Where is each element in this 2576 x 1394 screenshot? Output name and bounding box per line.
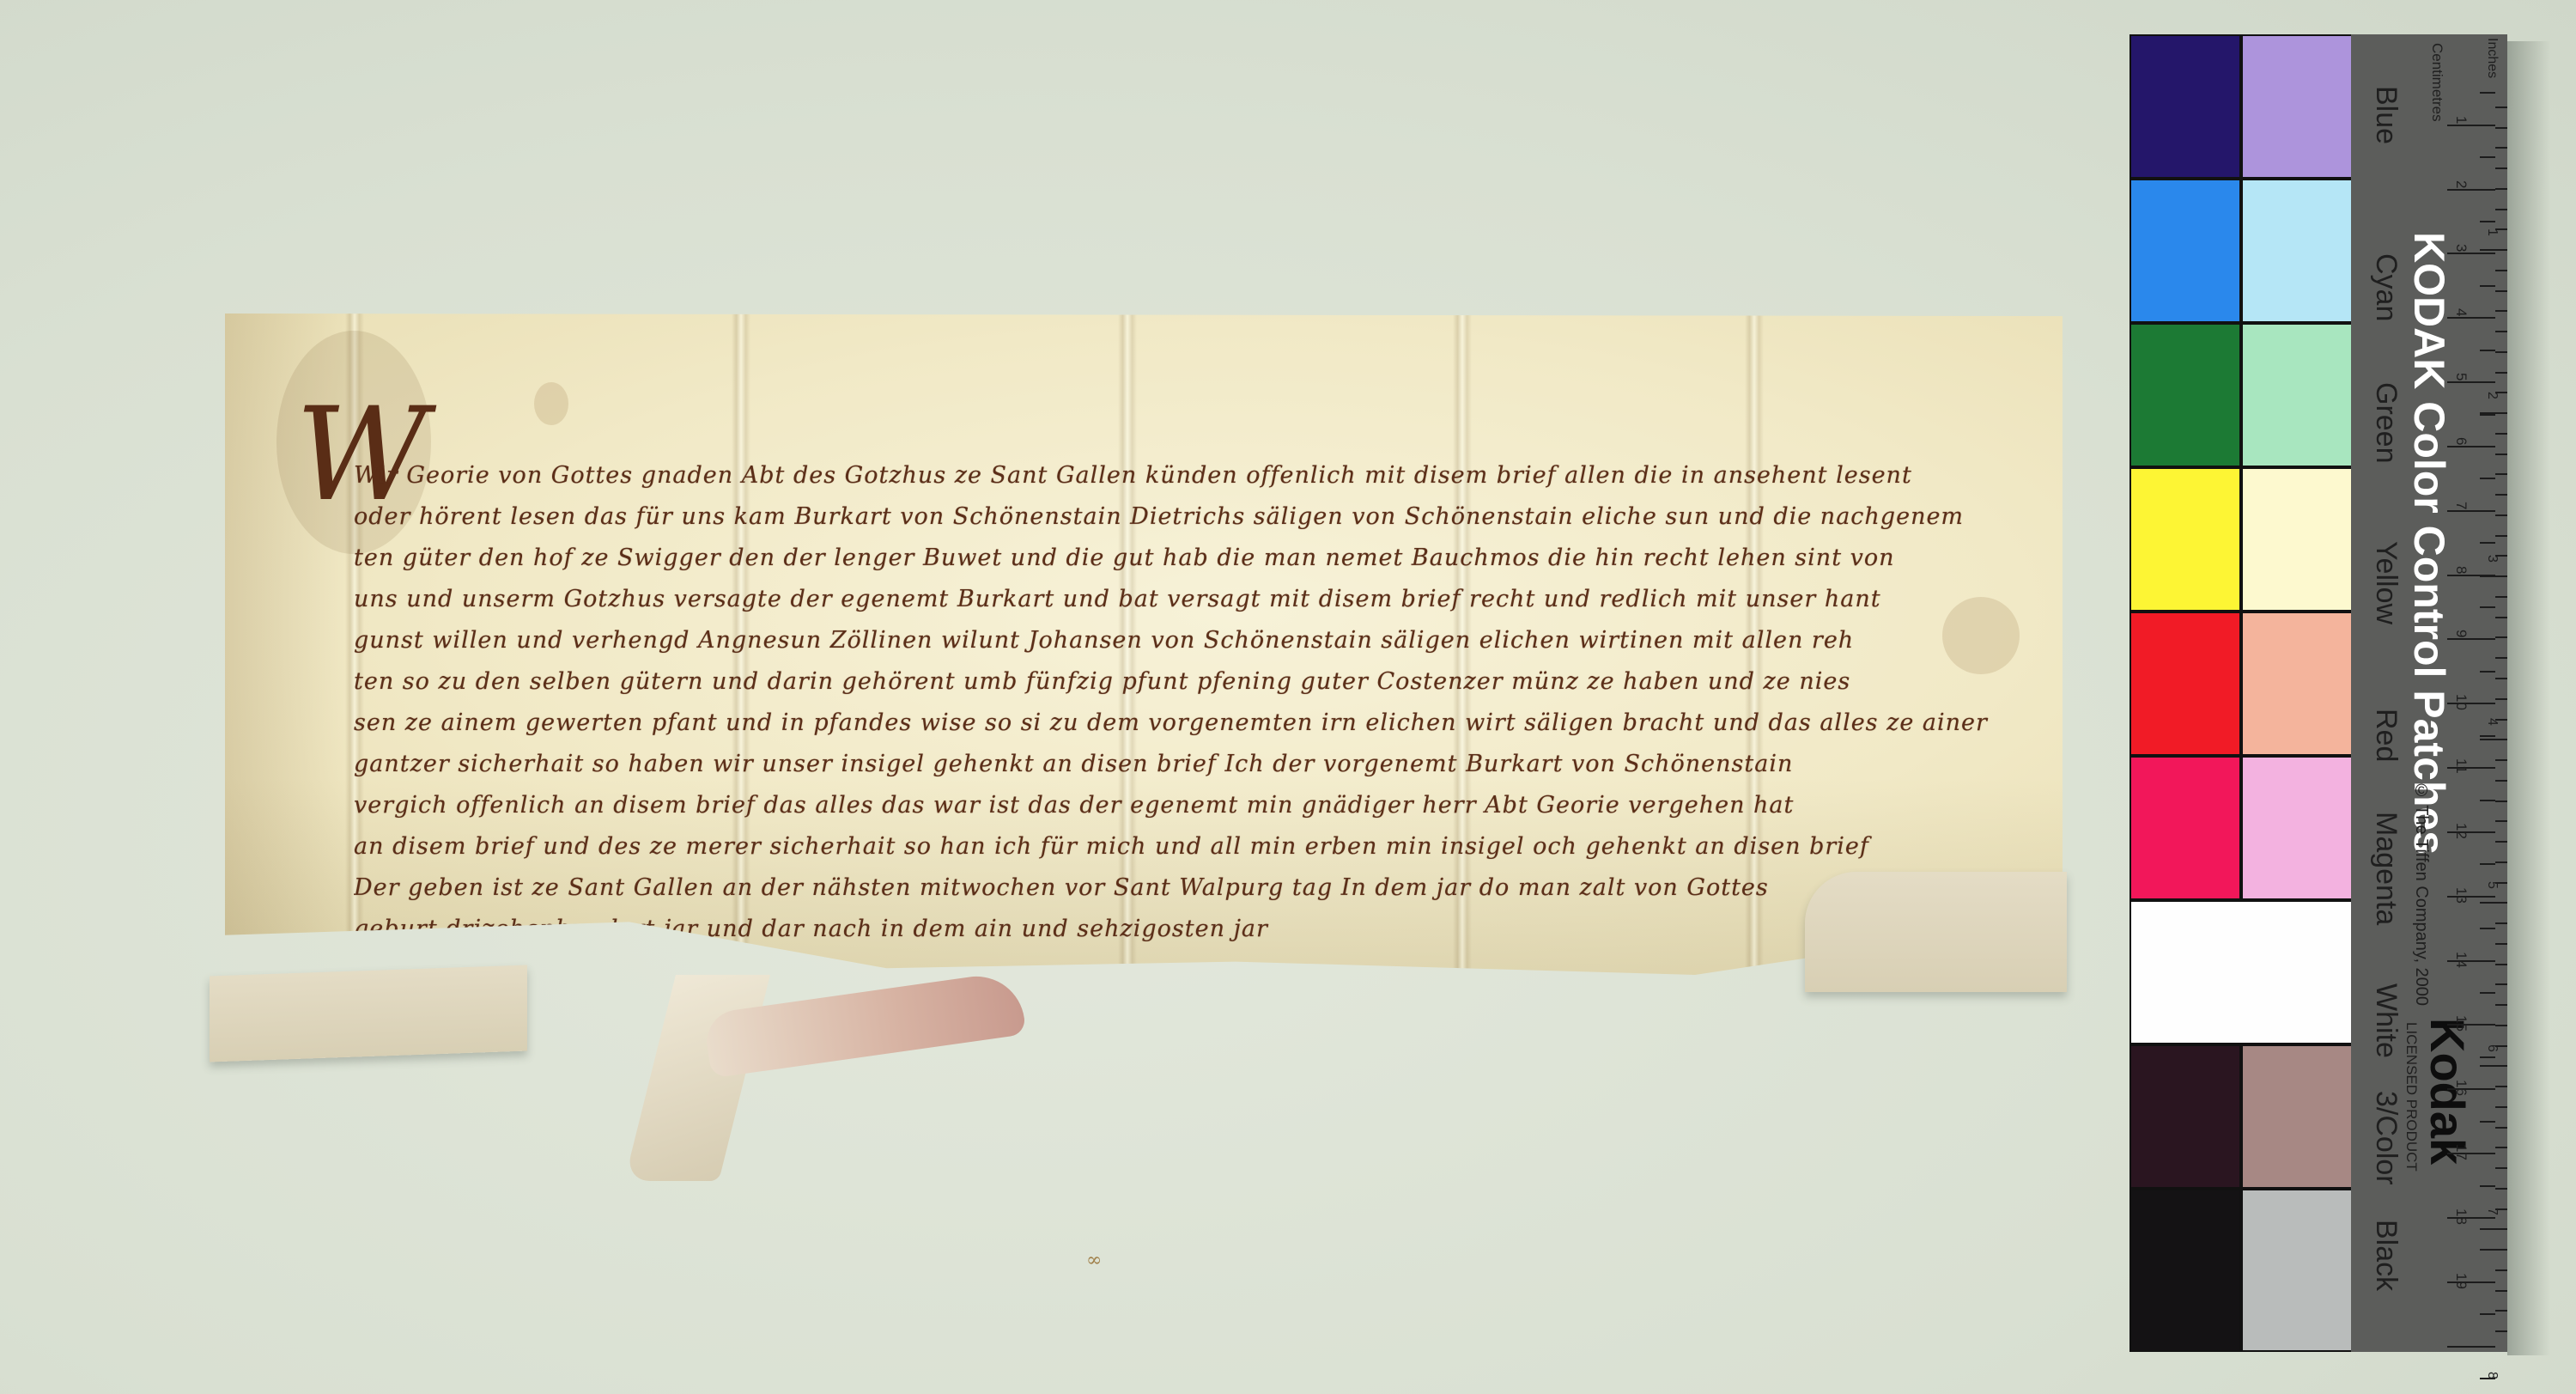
plica-fold-left (210, 965, 527, 1062)
cm-tick (2480, 1249, 2495, 1251)
chart-title: KODAK Color Control Patches (2404, 232, 2454, 855)
text-line: Wir Georie von Gottes gnaden Abt des Got… (354, 455, 2011, 496)
archive-mark: ∞ (1086, 1250, 1102, 1271)
inch-tick (2495, 1269, 2507, 1271)
text-line: ten güter den hof ze Swigger den der len… (354, 538, 2011, 579)
text-line: gunst willen und verhengd Angnesun Zölli… (354, 620, 2011, 661)
charter-text: Wir Georie von Gottes gnaden Abt des Got… (354, 455, 2011, 950)
text-line: Der geben ist ze Sant Gallen an der nähs… (354, 867, 2011, 909)
patch-label: Magenta (2351, 812, 2403, 925)
inch-tick (2495, 372, 2507, 374)
cm-tick (2480, 478, 2495, 479)
inch-tick (2495, 433, 2507, 435)
cm-tick (2447, 446, 2495, 447)
cm-tick (2480, 1056, 2495, 1058)
patch-blue-dark (2129, 34, 2241, 179)
inch-tick (2480, 412, 2507, 414)
inch-tick (2495, 698, 2507, 700)
cm-tick (2480, 285, 2495, 287)
inch-tick (2480, 1228, 2507, 1230)
cm-tick-label: 19 (2452, 1273, 2470, 1289)
cm-tick (2480, 221, 2495, 222)
inch-tick (2495, 1188, 2507, 1190)
inch-tick (2495, 270, 2507, 271)
patch-row-black (2129, 1189, 2353, 1352)
inch-tick (2495, 1127, 2507, 1129)
cm-tick-label: 5 (2452, 373, 2470, 380)
inch-tick (2495, 657, 2507, 659)
cm-tick-label: 10 (2452, 694, 2470, 710)
inch-tick (2495, 535, 2507, 537)
inch-tick (2495, 107, 2507, 108)
inch-tick (2495, 331, 2507, 332)
inch-tick (2495, 780, 2507, 782)
patch-yellow-light (2241, 467, 2353, 612)
patch-green-light (2241, 323, 2353, 467)
stain (534, 382, 568, 425)
cm-tick-label: 6 (2452, 437, 2470, 445)
inch-tick (2495, 861, 2507, 863)
inch-tick-label: 1 (2484, 228, 2500, 236)
inch-tick-label: 4 (2484, 718, 2500, 726)
cm-tick (2447, 1346, 2495, 1348)
cm-tick (2447, 317, 2495, 319)
inch-tick-label: 8 (2484, 1372, 2500, 1379)
cm-tick (2480, 1313, 2495, 1315)
inch-tick-label: 3 (2484, 555, 2500, 563)
patch-label: 3/Color (2351, 1091, 2403, 1185)
cm-tick-label: 9 (2452, 630, 2470, 637)
text-line: gantzer sicherhait so haben wir unser in… (354, 744, 2011, 785)
patch-label: Blue (2351, 86, 2403, 144)
kodak-color-strip: Blue Cyan Green Yellow Red Magenta White… (2129, 34, 2507, 1352)
patch-yellow-dark (2129, 467, 2241, 612)
cm-tick (2480, 671, 2495, 673)
inch-tick (2495, 514, 2507, 516)
strip-shadow (2507, 41, 2550, 1355)
inch-tick (2495, 1147, 2507, 1148)
parchment-sheet: W Wir Georie von Gottes gnaden Abt des G… (225, 313, 2063, 975)
inch-tick (2495, 841, 2507, 843)
cm-tick (2447, 189, 2495, 191)
inch-tick (2495, 1330, 2507, 1332)
inch-tick (2480, 249, 2507, 251)
cm-tick-label: 11 (2452, 758, 2470, 774)
plica-fold-right (1805, 872, 2067, 992)
inch-tick (2495, 678, 2507, 679)
ruler-scale: Blue Cyan Green Yellow Red Magenta White… (2351, 34, 2507, 1352)
text-line: ten so zu den selben gütern und darin ge… (354, 661, 2011, 703)
inch-tick (2495, 209, 2507, 210)
inch-tick (2495, 1025, 2507, 1026)
patch-row-3color (2129, 1044, 2353, 1189)
inch-tick (2495, 964, 2507, 965)
text-line: sen ze ainem gewerten pfant und in pfand… (354, 703, 2011, 744)
patch-3color-light (2241, 1044, 2353, 1189)
cm-tick (2480, 350, 2495, 351)
patch-black-dark (2129, 1189, 2241, 1352)
cm-tick (2480, 992, 2495, 994)
inch-tick (2495, 310, 2507, 312)
cm-tick (2480, 1185, 2495, 1187)
cm-tick (2480, 542, 2495, 544)
text-line: geburt drizehenhundert jar und dar nach … (354, 909, 2011, 950)
licensed-product-text: LICENSED PRODUCT (2403, 1022, 2420, 1172)
inch-tick (2495, 290, 2507, 292)
patch-row-cyan (2129, 179, 2353, 323)
text-line: uns und unserm Gotzhus versagte der egen… (354, 579, 2011, 620)
inch-tick (2495, 636, 2507, 638)
inch-tick (2495, 1167, 2507, 1169)
inch-tick (2495, 800, 2507, 802)
cm-tick (2480, 414, 2495, 416)
inch-tick (2495, 596, 2507, 598)
inch-tick (2495, 351, 2507, 353)
inch-tick (2495, 473, 2507, 475)
cm-tick (2480, 92, 2495, 94)
copyright-text: © The Tiffen Company, 2000 (2411, 782, 2431, 1006)
inch-tick (2480, 902, 2507, 904)
cm-tick (2480, 156, 2495, 158)
inch-tick-label: 7 (2484, 1208, 2500, 1215)
cm-tick-label: 12 (2452, 823, 2470, 839)
cm-tick-label: 2 (2452, 180, 2470, 188)
cm-tick-label: 15 (2452, 1015, 2470, 1032)
cm-tick (2447, 253, 2495, 254)
inch-tick (2495, 1086, 2507, 1087)
patch-label: Green (2351, 382, 2403, 464)
patch-label: Red (2351, 709, 2403, 762)
inch-tick-label: 6 (2484, 1044, 2500, 1052)
patch-label: Cyan (2351, 253, 2403, 321)
cm-tick-label: 3 (2452, 244, 2470, 252)
cm-tick-label: 17 (2452, 1144, 2470, 1160)
cm-tick-label: 13 (2452, 887, 2470, 904)
inch-tick (2495, 759, 2507, 761)
inch-tick (2495, 127, 2507, 129)
inch-tick (2495, 494, 2507, 496)
patch-blue-light (2241, 34, 2353, 179)
cm-tick (2447, 381, 2495, 383)
patch-green-dark (2129, 323, 2241, 467)
inch-tick (2495, 1249, 2507, 1251)
inch-tick (2495, 188, 2507, 190)
cm-tick-label: 18 (2452, 1208, 2470, 1225)
color-patches (2129, 34, 2353, 1352)
inch-tick (2495, 820, 2507, 822)
inch-tick (2495, 454, 2507, 455)
inches-label: Inches (2484, 38, 2500, 78)
patch-label: Yellow (2351, 541, 2403, 624)
patch-label: White (2351, 983, 2403, 1058)
inch-tick (2495, 983, 2507, 985)
inch-tick (2495, 147, 2507, 149)
patch-white (2129, 900, 2353, 1044)
cm-tick-label: 8 (2452, 566, 2470, 574)
cm-tick-label: 1 (2452, 116, 2470, 124)
centimetres-label: Centimetres (2428, 43, 2445, 122)
cm-tick (2480, 800, 2495, 801)
patch-row-yellow (2129, 467, 2353, 612)
inch-tick (2480, 1065, 2507, 1067)
patch-red-light (2241, 612, 2353, 756)
patch-black-light (2241, 1189, 2353, 1352)
patch-row-white (2129, 900, 2353, 1044)
text-line: an disem brief und des ze merer sicherha… (354, 826, 2011, 867)
inch-tick (2480, 739, 2507, 740)
patch-cyan-dark (2129, 179, 2241, 323)
inch-tick (2495, 943, 2507, 945)
patch-row-green (2129, 323, 2353, 467)
patch-3color-dark (2129, 1044, 2241, 1189)
inch-tick (2495, 922, 2507, 924)
cm-tick (2480, 928, 2495, 929)
cm-tick-label: 4 (2452, 308, 2470, 316)
patch-magenta-light (2241, 756, 2353, 900)
cm-tick (2480, 863, 2495, 865)
inch-tick (2495, 617, 2507, 618)
patch-label: Black (2351, 1220, 2403, 1291)
inch-tick-label: 2 (2484, 392, 2500, 399)
inch-tick (2480, 575, 2507, 577)
inch-tick (2495, 1106, 2507, 1108)
cm-tick (2480, 606, 2495, 608)
patch-cyan-light (2241, 179, 2353, 323)
patch-magenta-dark (2129, 756, 2241, 900)
cm-tick (2447, 510, 2495, 512)
patch-row-magenta (2129, 756, 2353, 900)
inch-tick (2495, 167, 2507, 169)
inch-tick (2495, 1004, 2507, 1006)
cm-tick (2447, 125, 2495, 126)
cm-tick-label: 16 (2452, 1080, 2470, 1096)
text-line: vergich offenlich an disem brief das all… (354, 785, 2011, 826)
inch-tick (2495, 1310, 2507, 1312)
parchment-charter: W Wir Georie von Gottes gnaden Abt des G… (225, 313, 2063, 1018)
patch-row-red (2129, 612, 2353, 756)
cm-tick-label: 7 (2452, 502, 2470, 509)
cm-tick (2447, 638, 2495, 640)
inch-tick (2495, 1290, 2507, 1292)
patch-red-dark (2129, 612, 2241, 756)
patch-row-blue (2129, 34, 2353, 179)
text-line: oder hörent lesen das für uns kam Burkar… (354, 496, 2011, 538)
cm-tick (2480, 1121, 2495, 1123)
cm-tick-label: 14 (2452, 952, 2470, 968)
inch-tick-label: 5 (2484, 881, 2500, 889)
cm-tick (2480, 735, 2495, 737)
